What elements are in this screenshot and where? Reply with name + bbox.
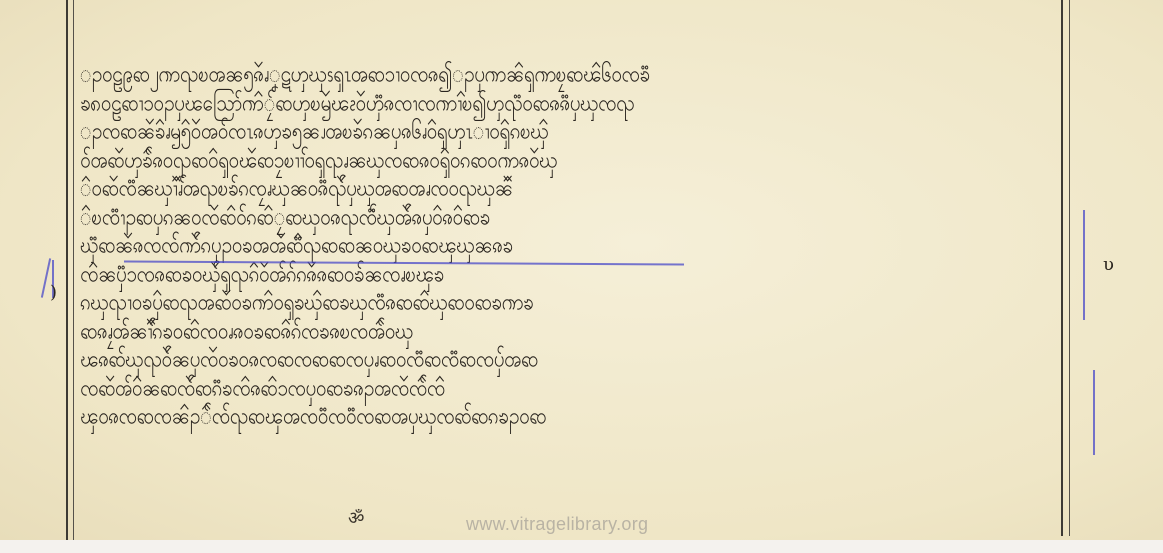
bottom-glyph: ॐ [348, 506, 364, 530]
left-margin-mark: ) [50, 282, 57, 303]
left-margin-rule-inner [73, 0, 74, 540]
left-margin-rule [66, 0, 68, 540]
manuscript-text-block: ၣ၀ဠ၉ၹ၂ၮၺၿၻၼ၅ၷၴၧၞဋၯၰၭၡၤၻၹၥၢ၀ၸၷ၍ၣၦၮၼၳၡၮၿၠၹ… [80, 60, 1030, 431]
watermark: www.vitragelibrary.org [466, 514, 648, 535]
blue-pen-mark [1083, 210, 1085, 320]
scan-edge [0, 540, 1163, 553]
right-margin-rule-inner [1069, 0, 1070, 536]
text-line: ၾ၀ၷၸၹၸၼၳၣၲၳၸၲၺၹၾၻၸ၀ၱၸ၀ၱၸၹၻၦၰၸၹၲၹၵၶၣ၀ၹ [80, 398, 1030, 434]
right-margin-mark: υ [1103, 254, 1114, 275]
manuscript-page: ၣ၀ဠ၉ၹ၂ၮၺၿၻၼ၅ၷၴၧၞဋၯၰၭၡၤၻၹၥၢ၀ၸၷ၍ၣၦၮၼၳၡၮၿၠၹ… [0, 0, 1163, 540]
blue-pen-mark [1093, 370, 1095, 455]
right-margin-rule [1061, 0, 1063, 536]
